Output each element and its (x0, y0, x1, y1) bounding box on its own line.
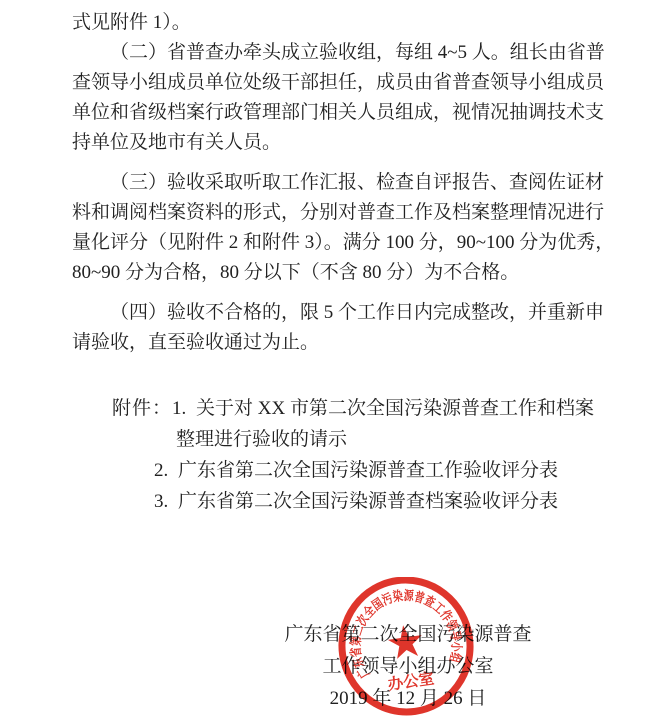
body-line: （四）验收不合格的，限 5 个工作日内完成整改，并重新申 (72, 298, 580, 328)
body-line: 单位和省级档案行政管理部门相关人员组成，视情况抽调技术支 (72, 98, 580, 128)
body-line: 量化评分（见附件 2 和附件 3）。满分 100 分，90~100 分为优秀， (72, 228, 580, 258)
paragraph-item-2: （二）省普查办牵头成立验收组，每组 4~5 人。组长由省普 查领导小组成员单位处… (72, 38, 580, 158)
document-page: 式见附件 1）。 （二）省普查办牵头成立验收组，每组 4~5 人。组长由省普 查… (0, 0, 652, 716)
seal-office-text: 办公室 (387, 668, 436, 693)
attachment-line: 2.广东省第二次全国污染源普查工作验收评分表 (72, 455, 580, 486)
body-line: 请验收，直至验收通过为止。 (72, 328, 580, 358)
body-line: 查领导小组成员单位处级干部担任，成员由省普查领导小组成员 (72, 68, 580, 98)
document-body: 式见附件 1）。 （二）省普查办牵头成立验收组，每组 4~5 人。组长由省普 查… (72, 8, 580, 517)
attachment-line: 整理进行验收的请示 (72, 424, 580, 455)
attachment-title: 关于对 XX 市第二次全国污染源普查工作和档案 (196, 398, 594, 419)
paragraph-item-4: （四）验收不合格的，限 5 个工作日内完成整改，并重新申 请验收，直至验收通过为… (72, 298, 580, 358)
body-line: 持单位及地市有关人员。 (72, 128, 580, 158)
attachment-title: 广东省第二次全国污染源普查工作验收评分表 (178, 460, 558, 481)
star-icon (386, 623, 424, 660)
body-line: （三）验收采取听取工作汇报、检查自评报告、查阅佐证材 (72, 168, 580, 198)
attachment-number: 2. (154, 455, 178, 486)
body-line: 式见附件 1）。 (72, 8, 580, 38)
body-line: 料和调阅档案资料的形式，分别对普查工作及档案整理情况进行 (72, 198, 580, 228)
attachment-title: 广东省第二次全国污染源普查档案验收评分表 (178, 491, 558, 512)
paragraph-continuation: 式见附件 1）。 (72, 8, 580, 38)
attachments-label: 附件： (112, 398, 172, 419)
attachments-section: 附件：1.关于对 XX 市第二次全国污染源普查工作和档案 整理进行验收的请示 2… (72, 393, 580, 517)
attachment-number: 1. (172, 393, 196, 424)
official-seal: 广东省第二次全国污染源普查工作领导小组 办公室 (336, 577, 476, 716)
body-line: （二）省普查办牵头成立验收组，每组 4~5 人。组长由省普 (72, 38, 580, 68)
attachment-line: 3.广东省第二次全国污染源普查档案验收评分表 (72, 486, 580, 517)
paragraph-item-3: （三）验收采取听取工作汇报、检查自评报告、查阅佐证材 料和调阅档案资料的形式，分… (72, 168, 580, 288)
attachment-line: 附件：1.关于对 XX 市第二次全国污染源普查工作和档案 (72, 393, 580, 424)
body-line: 80~90 分为合格，80 分以下（不含 80 分）为不合格。 (72, 258, 580, 288)
attachment-number: 3. (154, 486, 178, 517)
